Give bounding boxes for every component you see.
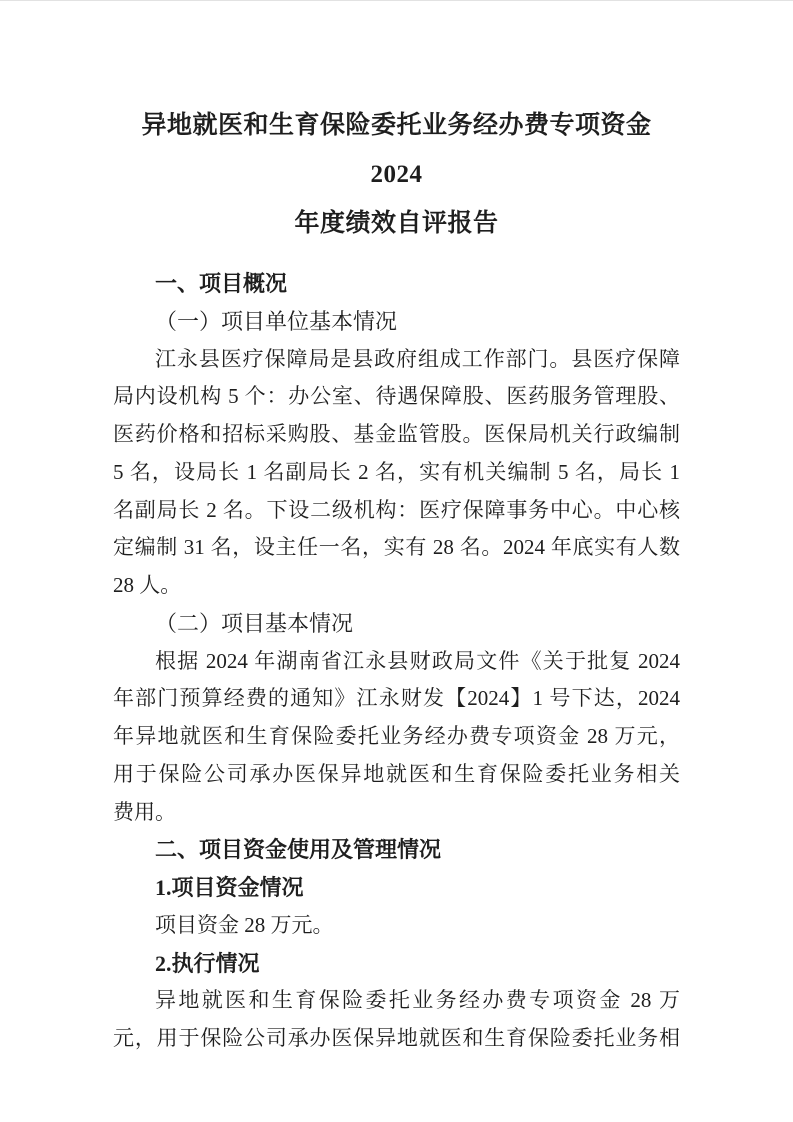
numbered-heading-1: 1.项目资金情况: [113, 869, 680, 907]
paragraph-line: 年部门预算经费的通知》江永财发【2024】1 号下达，2024: [113, 680, 680, 718]
paragraph-line: 年异地就医和生育保险委托业务经办费专项资金 28 万元，: [113, 718, 680, 756]
paragraph-line: 异地就医和生育保险委托业务经办费专项资金 28 万: [113, 982, 680, 1020]
document-title-line-1: 异地就医和生育保险委托业务经办费专项资金 2024: [113, 101, 680, 199]
section-heading-2: 二、项目资金使用及管理情况: [113, 831, 680, 869]
paragraph-line: 名副局长 2 名。下设二级机构：医疗保障事务中心。中心核: [113, 492, 680, 530]
paragraph-line: 江永县医疗保障局是县政府组成工作部门。县医疗保障: [113, 341, 680, 379]
paragraph-line: 项目资金 28 万元。: [113, 907, 680, 945]
document-title: 异地就医和生育保险委托业务经办费专项资金 2024 年度绩效自评报告: [113, 101, 680, 248]
subsection-heading-1-1: （一）项目单位基本情况: [113, 303, 680, 341]
paragraph-line: 5 名，设局长 1 名副局长 2 名，实有机关编制 5 名，局长 1: [113, 454, 680, 492]
document-page: 异地就医和生育保险委托业务经办费专项资金 2024 年度绩效自评报告 一、项目概…: [0, 0, 793, 1122]
paragraph-line: 用于保险公司承办医保异地就医和生育保险委托业务相关: [113, 756, 680, 794]
subsection-heading-1-2: （二）项目基本情况: [113, 605, 680, 643]
document-body: 一、项目概况 （一）项目单位基本情况 江永县医疗保障局是县政府组成工作部门。县医…: [113, 265, 680, 1058]
paragraph-line: 定编制 31 名，设主任一名，实有 28 名。2024 年底实有人数: [113, 529, 680, 567]
paragraph-line: 医药价格和招标采购股、基金监管股。医保局机关行政编制: [113, 416, 680, 454]
paragraph-line: 28 人。: [113, 567, 680, 605]
numbered-heading-2: 2.执行情况: [113, 945, 680, 983]
section-heading-1: 一、项目概况: [113, 265, 680, 303]
paragraph-line: 元，用于保险公司承办医保异地就医和生育保险委托业务相: [113, 1020, 680, 1058]
paragraph-line: 局内设机构 5 个：办公室、待遇保障股、医药服务管理股、: [113, 378, 680, 416]
document-title-line-2: 年度绩效自评报告: [113, 199, 680, 248]
paragraph-line: 根据 2024 年湖南省江永县财政局文件《关于批复 2024: [113, 643, 680, 681]
paragraph-line: 费用。: [113, 794, 680, 832]
